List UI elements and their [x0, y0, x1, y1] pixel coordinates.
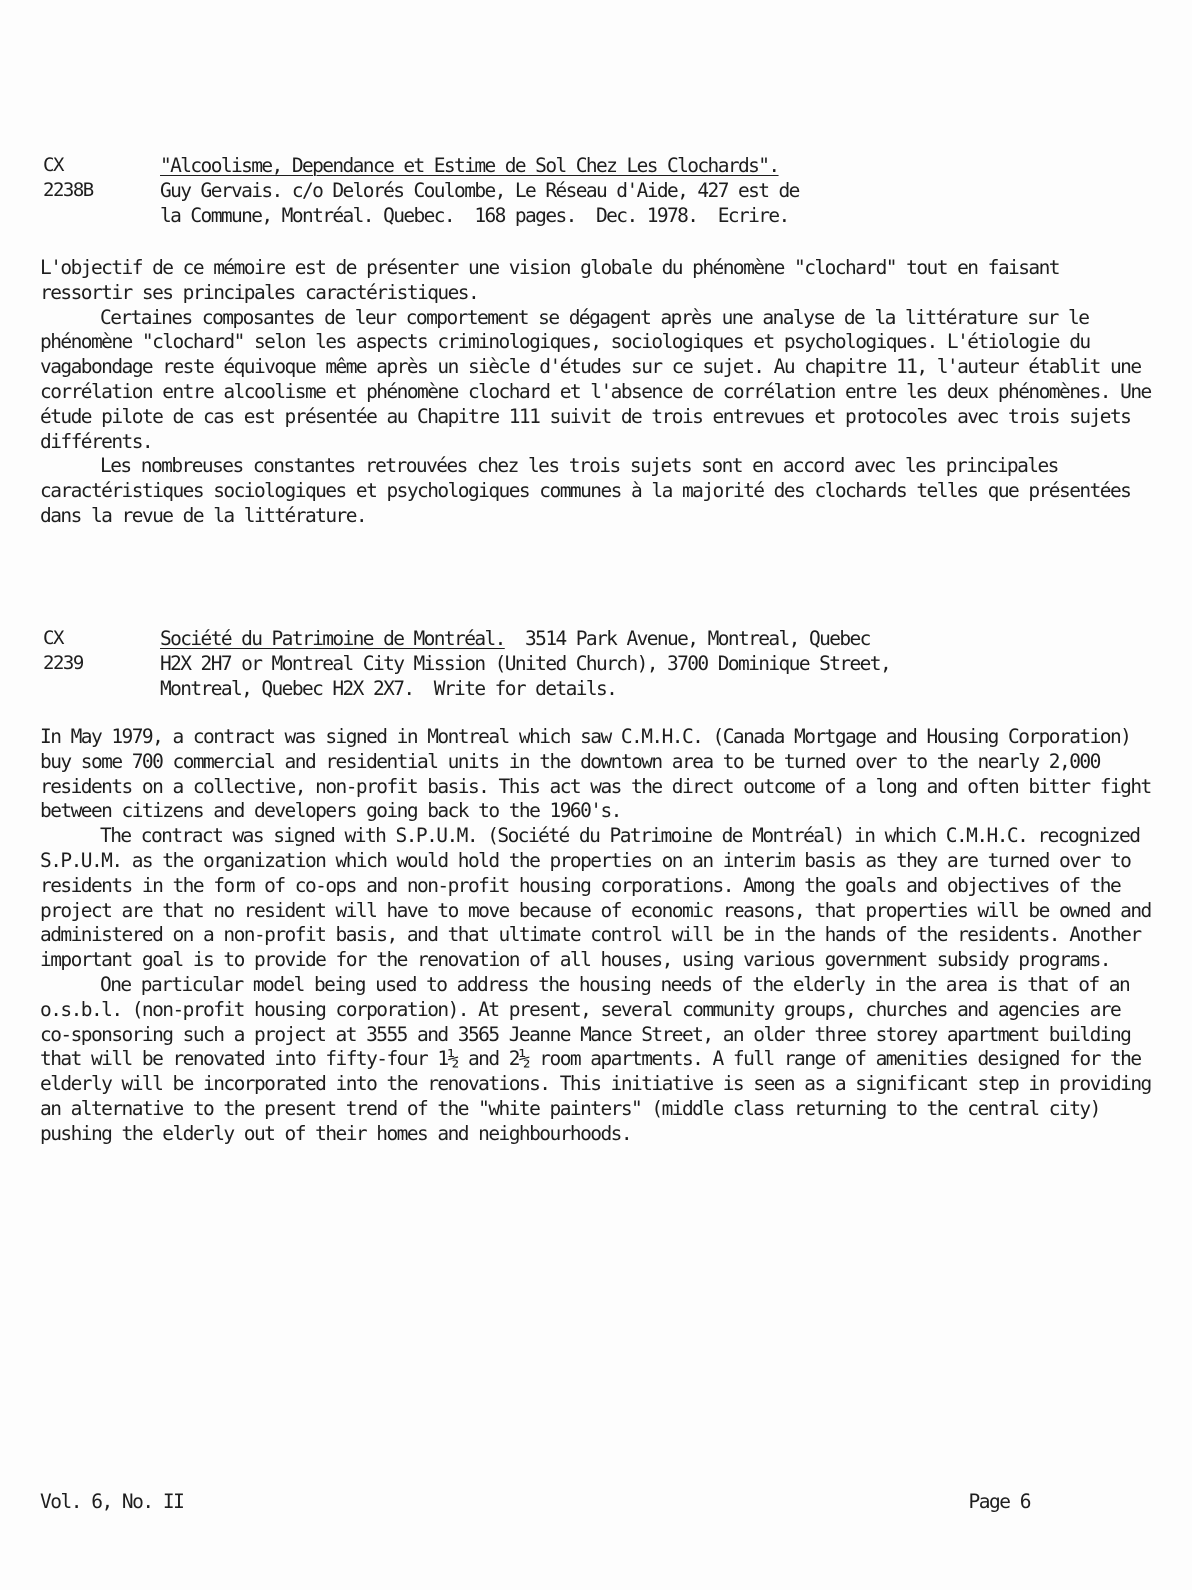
abstract-paragraph: Les nombreuses constantes retrouvées che… [40, 454, 1160, 528]
entry-code-line1: CX [43, 626, 160, 651]
page-number: Page 6 [969, 1490, 1030, 1513]
abstract-paragraph: L'objectif de ce mémoire est de présente… [40, 256, 1160, 306]
entry-title-address: 3514 Park Avenue, Montreal, Quebec [505, 627, 870, 650]
entry-header-cx2239: CX Société du Patrimoine de Montréal. 35… [43, 626, 890, 701]
entry-citation-line1: Guy Gervais. c/o Delorés Coulombe, Le Ré… [160, 178, 799, 203]
page-footer: Vol. 6, No. II Page 6 [40, 1490, 1030, 1513]
entry-citation-line2: la Commune, Montréal. Quebec. 168 pages.… [160, 203, 799, 228]
entry-title: "Alcoolisme, Dependance et Estime de Sol… [160, 153, 799, 178]
entry-citation-line1: H2X 2H7 or Montreal City Mission (United… [160, 651, 890, 676]
entry-abstract-cx2238b: L'objectif de ce mémoire est de présente… [40, 256, 1160, 529]
entry-title: Société du Patrimoine de Montréal. 3514 … [160, 626, 890, 651]
entry-abstract-cx2239: In May 1979, a contract was signed in Mo… [40, 725, 1160, 1147]
abstract-paragraph: In May 1979, a contract was signed in Mo… [40, 725, 1160, 824]
entry-code-line2: 2238B [43, 178, 160, 203]
abstract-paragraph: The contract was signed with S.P.U.M. (S… [40, 824, 1160, 973]
entry-code-line1: CX [43, 153, 160, 178]
entry-citation-line2: Montreal, Quebec H2X 2X7. Write for deta… [160, 676, 890, 701]
document-page: CX "Alcoolisme, Dependance et Estime de … [0, 0, 1192, 1590]
entry-title-text: Société du Patrimoine de Montréal. [160, 627, 505, 650]
abstract-paragraph: Certaines composantes de leur comporteme… [40, 306, 1160, 455]
entry-code-line2: 2239 [43, 651, 160, 676]
volume-number: Vol. 6, No. II [40, 1490, 183, 1513]
entry-header-cx2238b: CX "Alcoolisme, Dependance et Estime de … [43, 153, 799, 228]
entry-title-text: "Alcoolisme, Dependance et Estime de Sol… [160, 154, 779, 177]
abstract-paragraph: One particular model being used to addre… [40, 973, 1160, 1147]
